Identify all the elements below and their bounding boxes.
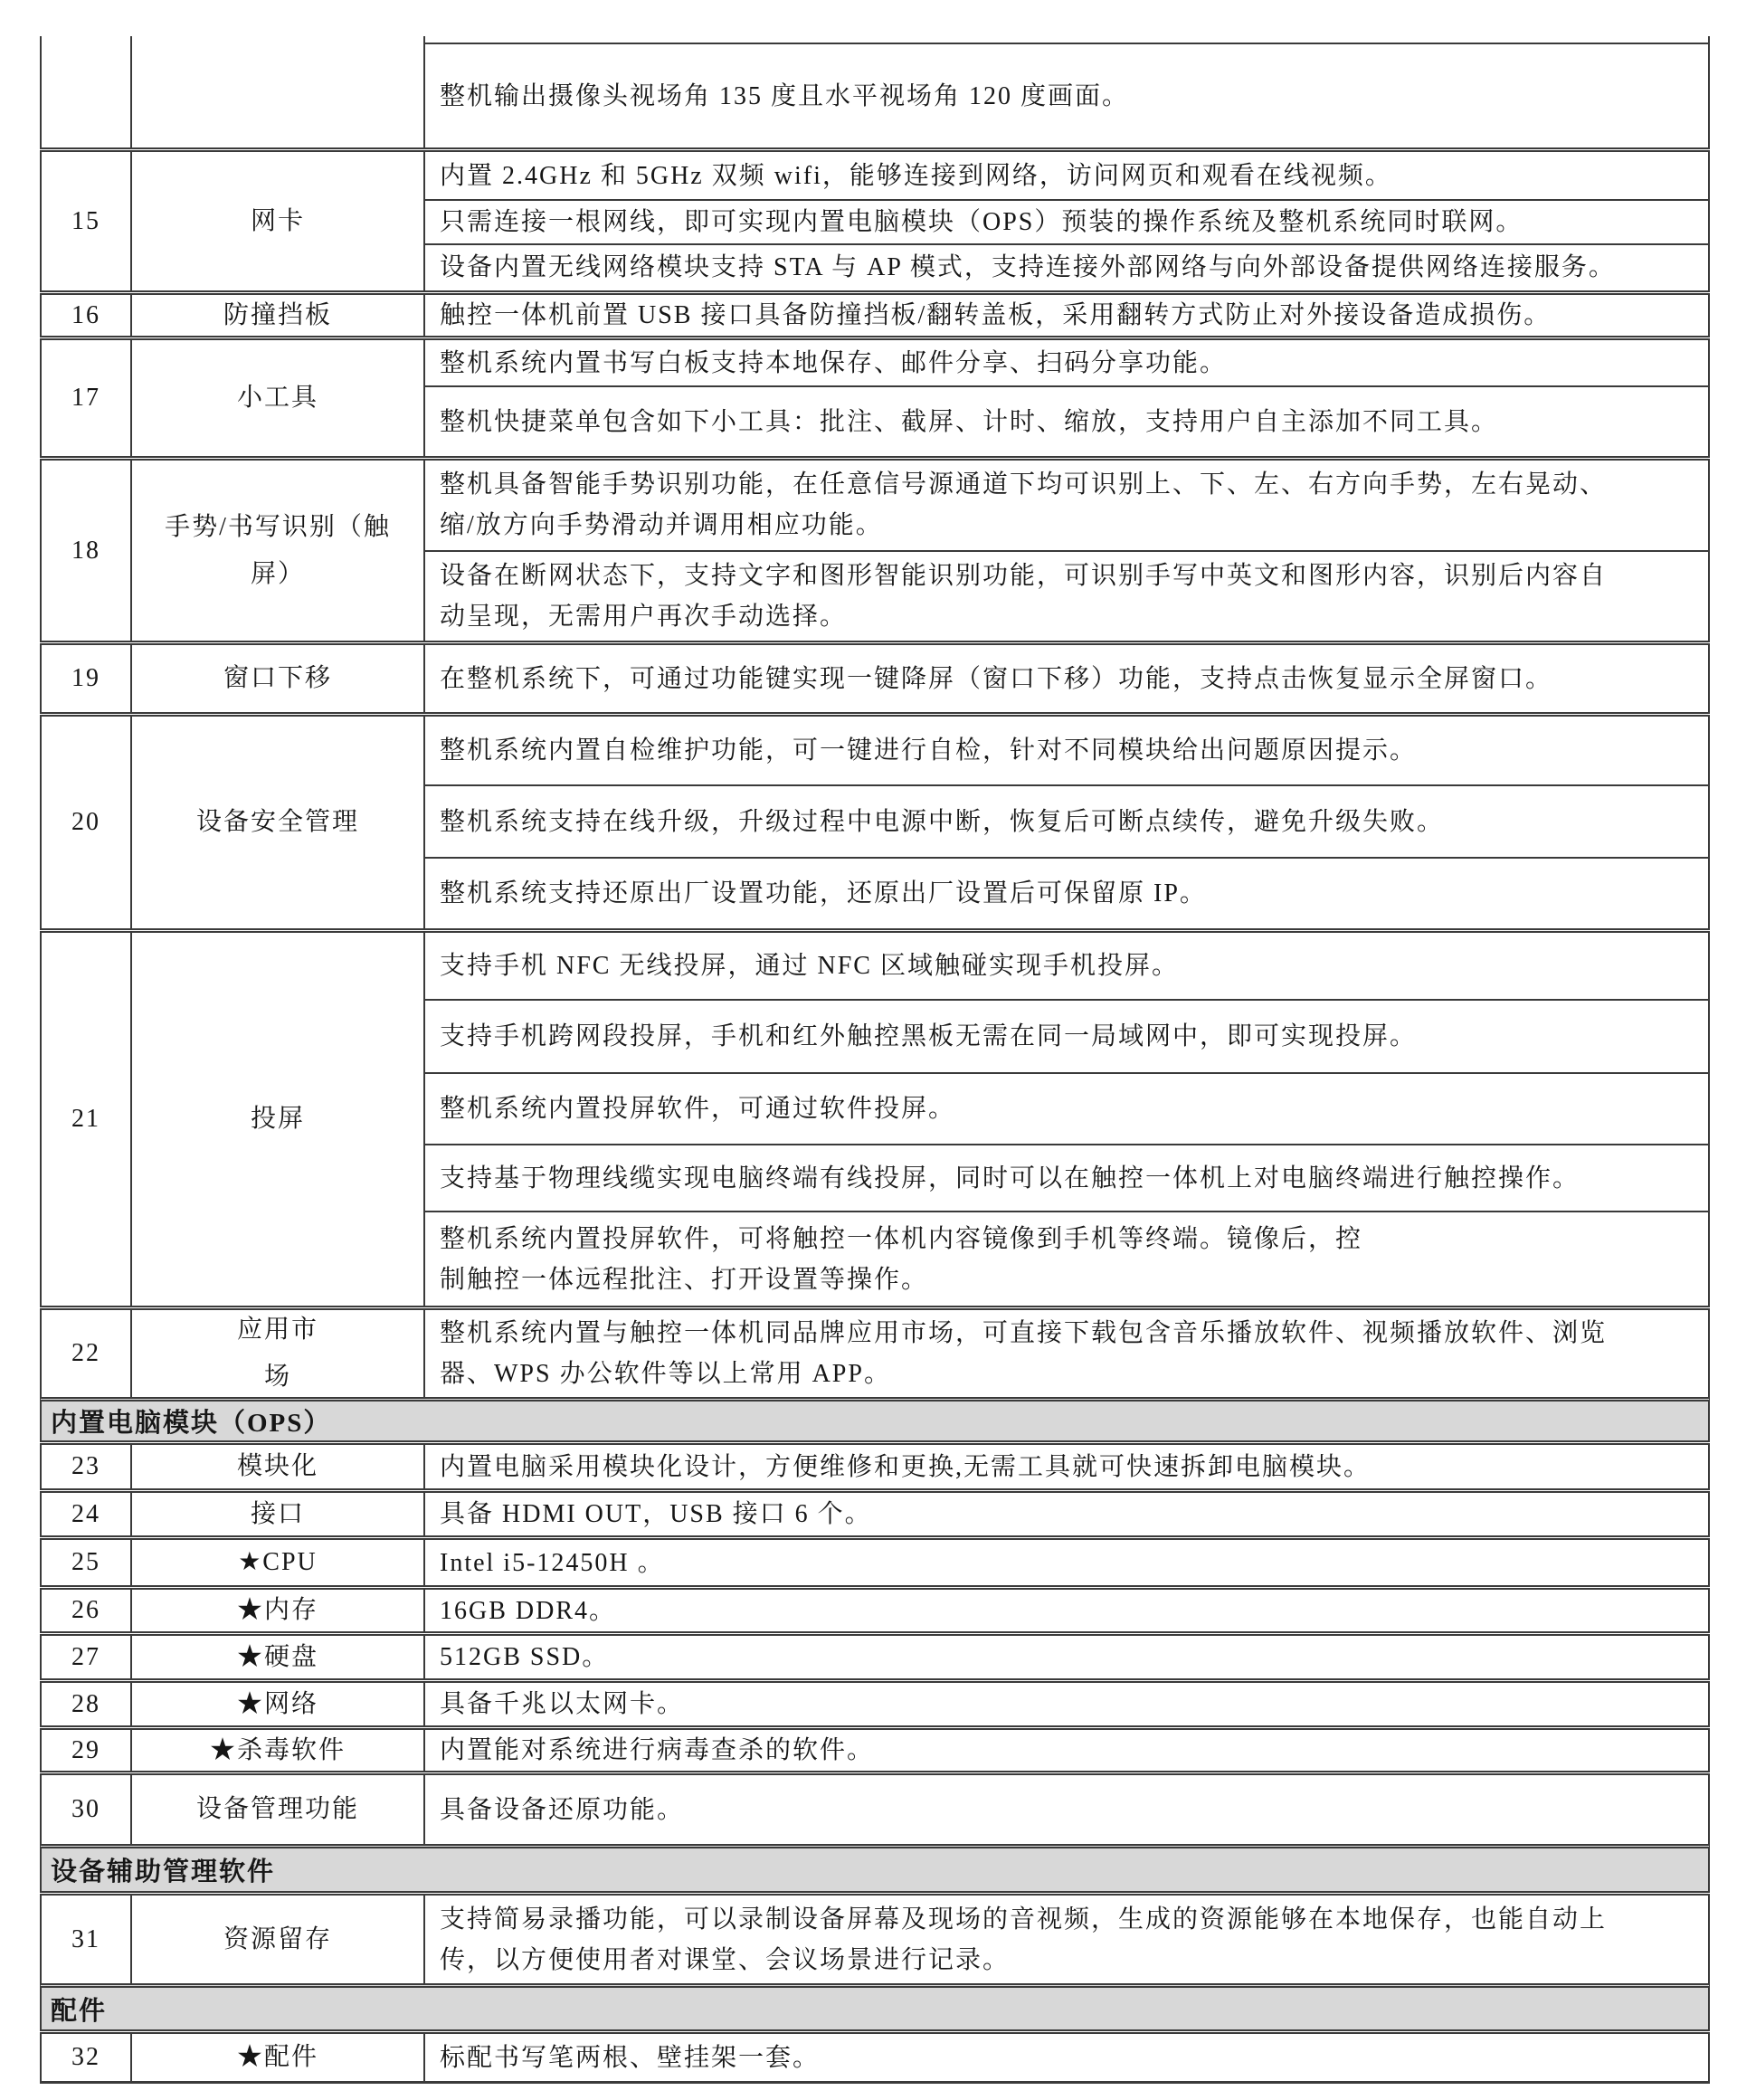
spec-desc-text: 整机快捷菜单包含如下小工具：批注、截屏、计时、缩放，支持用户自主添加不同工具。	[425, 402, 1507, 442]
row-name-cell	[132, 36, 425, 147]
table-row: 30设备管理功能具备设备还原功能。	[40, 1771, 1710, 1844]
spec-sub-row: 支持手机 NFC 无线投屏，通过 NFC 区域触碰实现手机投屏。	[425, 933, 1708, 999]
spec-desc-text: 标配书写笔两根、壁挂架一套。	[425, 2038, 829, 2078]
row-desc-cell: 内置 2.4GHz 和 5GHz 双频 wifi，能够连接到网络，访问网页和观看…	[425, 152, 1710, 290]
row-desc-cell: 支持简易录播功能，可以录制设备屏幕及现场的音视频，生成的资源能够在本地保存，也能…	[425, 1896, 1710, 1983]
spec-desc-text: 整机系统内置投屏软件，可将触控一体机内容镜像到手机等终端。镜像后，控 制触控一体…	[425, 1219, 1372, 1300]
spec-desc-text: 整机输出摄像头视场角 135 度且水平视场角 120 度画面。	[425, 76, 1138, 117]
row-number-cell: 23	[40, 1445, 132, 1488]
row-name-cell: 防撞挡板	[132, 295, 425, 336]
table-row: 24接口具备 HDMI OUT，USB 接口 6 个。	[40, 1488, 1710, 1535]
section-header-label: 配件	[42, 1988, 107, 2029]
section-header-label: 设备辅助管理软件	[42, 1848, 275, 1891]
table-row: 15网卡内置 2.4GHz 和 5GHz 双频 wifi，能够连接到网络，访问网…	[40, 147, 1710, 290]
spec-sub-row: 设备在断网状态下，支持文字和图形智能识别功能，可识别手写中英文和图形内容，识别后…	[425, 550, 1708, 641]
spec-sub-row: 支持手机跨网段投屏，手机和红外触控黑板无需在同一局域网中，即可实现投屏。	[425, 999, 1708, 1072]
row-number-cell: 28	[40, 1683, 132, 1725]
row-number-cell: 22	[40, 1310, 132, 1397]
spec-desc-text: 设备在断网状态下，支持文字和图形智能识别功能，可识别手写中英文和图形内容，识别后…	[425, 556, 1616, 637]
row-desc-cell: 具备 HDMI OUT，USB 接口 6 个。	[425, 1493, 1710, 1535]
row-desc-cell: 触控一体机前置 USB 接口具备防撞挡板/翻转盖板，采用翻转方式防止对外接设备造…	[425, 295, 1710, 336]
spec-sub-row: 整机系统内置与触控一体机同品牌应用市场，可直接下载包含音乐播放软件、视频播放软件…	[425, 1310, 1708, 1397]
row-number-cell: 15	[40, 152, 132, 290]
spec-desc-text: 整机系统内置投屏软件，可通过软件投屏。	[425, 1088, 964, 1129]
table-row: 28★网络具备千兆以太网卡。	[40, 1678, 1710, 1725]
table-row: 整机输出摄像头视场角 135 度且水平视场角 120 度画面。	[40, 36, 1710, 147]
spec-desc-text: 触控一体机前置 USB 接口具备防撞挡板/翻转盖板，采用翻转方式防止对外接设备造…	[425, 295, 1560, 336]
section-header-row: 配件	[40, 1983, 1710, 2029]
table-row: 29★杀毒软件内置能对系统进行病毒查杀的软件。	[40, 1725, 1710, 1771]
table-row: 21投屏支持手机 NFC 无线投屏，通过 NFC 区域触碰实现手机投屏。支持手机…	[40, 928, 1710, 1306]
row-desc-cell: 整机系统内置与触控一体机同品牌应用市场，可直接下载包含音乐播放软件、视频播放软件…	[425, 1310, 1710, 1397]
row-name-cell: 模块化	[132, 1445, 425, 1488]
row-desc-cell: 标配书写笔两根、壁挂架一套。	[425, 2034, 1710, 2081]
spec-desc-text: 在整机系统下，可通过功能键实现一键降屏（窗口下移）功能，支持点击恢复显示全屏窗口…	[425, 659, 1561, 699]
spec-sub-row: 整机具备智能手势识别功能，在任意信号源通道下均可识别上、下、左、右方向手势，左右…	[425, 461, 1708, 550]
table-row: 16防撞挡板触控一体机前置 USB 接口具备防撞挡板/翻转盖板，采用翻转方式防止…	[40, 290, 1710, 336]
spec-desc-text: 具备设备还原功能。	[425, 1790, 693, 1830]
table-row: 25★CPUIntel i5-12450H 。	[40, 1535, 1710, 1585]
row-name-cell: 设备安全管理	[132, 717, 425, 928]
row-number-cell: 20	[40, 717, 132, 928]
spec-desc-text: 只需连接一根网线，即可实现内置电脑模块（OPS）预装的操作系统及整机系统同时联网…	[425, 202, 1532, 242]
spec-desc-text: 整机系统内置与触控一体机同品牌应用市场，可直接下载包含音乐播放软件、视频播放软件…	[425, 1313, 1616, 1394]
row-desc-cell: 具备千兆以太网卡。	[425, 1683, 1710, 1725]
row-name-cell: 应用市 场	[132, 1310, 425, 1397]
table-row: 26★内存16GB DDR4。	[40, 1585, 1710, 1631]
table-row: 31资源留存支持简易录播功能，可以录制设备屏幕及现场的音视频，生成的资源能够在本…	[40, 1891, 1710, 1983]
spec-sub-row: 整机系统内置投屏软件，可通过软件投屏。	[425, 1072, 1708, 1144]
row-number-cell: 25	[40, 1540, 132, 1585]
row-desc-cell: Intel i5-12450H 。	[425, 1540, 1710, 1585]
spec-sub-row: 内置能对系统进行病毒查杀的软件。	[425, 1730, 1708, 1771]
row-name-cell: 投屏	[132, 933, 425, 1306]
section-header-row: 内置电脑模块（OPS）	[40, 1397, 1710, 1440]
row-number-cell: 17	[40, 340, 132, 456]
table-row: 18手势/书写识别（触 屏）整机具备智能手势识别功能，在任意信号源通道下均可识别…	[40, 456, 1710, 641]
spec-sub-row: 触控一体机前置 USB 接口具备防撞挡板/翻转盖板，采用翻转方式防止对外接设备造…	[425, 295, 1708, 336]
table-row: 23模块化内置电脑采用模块化设计，方便维修和更换,无需工具就可快速拆卸电脑模块。	[40, 1440, 1710, 1488]
spec-desc-text: 内置能对系统进行病毒查杀的软件。	[425, 1730, 883, 1771]
row-name-cell: ★内存	[132, 1590, 425, 1631]
row-number-cell: 27	[40, 1636, 132, 1678]
spec-desc-text: 支持简易录播功能，可以录制设备屏幕及现场的音视频，生成的资源能够在本地保存，也能…	[425, 1899, 1616, 1981]
row-number-cell: 29	[40, 1730, 132, 1771]
table-row: 19窗口下移在整机系统下，可通过功能键实现一键降屏（窗口下移）功能，支持点击恢复…	[40, 641, 1710, 712]
spec-sub-row: 整机系统支持在线升级，升级过程中电源中断，恢复后可断点续传，避免升级失败。	[425, 784, 1708, 856]
row-name-cell: ★杀毒软件	[132, 1730, 425, 1771]
table-row: 20设备安全管理整机系统内置自检维护功能，可一键进行自检，针对不同模块给出问题原…	[40, 712, 1710, 928]
spec-desc-text: 整机系统内置自检维护功能，可一键进行自检，针对不同模块给出问题原因提示。	[425, 730, 1426, 771]
row-name-cell: ★硬盘	[132, 1636, 425, 1678]
row-desc-cell: 在整机系统下，可通过功能键实现一键降屏（窗口下移）功能，支持点击恢复显示全屏窗口…	[425, 645, 1710, 712]
table-row: 17小工具整机系统内置书写白板支持本地保存、邮件分享、扫码分享功能。整机快捷菜单…	[40, 336, 1710, 456]
spec-sub-row: 整机系统内置投屏软件，可将触控一体机内容镜像到手机等终端。镜像后，控 制触控一体…	[425, 1211, 1708, 1306]
row-name-cell: 资源留存	[132, 1896, 425, 1983]
row-desc-cell: 整机输出摄像头视场角 135 度且水平视场角 120 度画面。	[425, 36, 1710, 147]
spec-sub-row: 整机快捷菜单包含如下小工具：批注、截屏、计时、缩放，支持用户自主添加不同工具。	[425, 385, 1708, 456]
row-name-cell: 接口	[132, 1493, 425, 1535]
row-desc-cell: 具备设备还原功能。	[425, 1775, 1710, 1844]
spec-sub-row: 具备设备还原功能。	[425, 1775, 1708, 1844]
row-number-cell: 21	[40, 933, 132, 1306]
spec-sub-row: 标配书写笔两根、壁挂架一套。	[425, 2034, 1708, 2081]
row-name-cell: ★网络	[132, 1683, 425, 1725]
row-desc-cell: 16GB DDR4。	[425, 1590, 1710, 1631]
row-number-cell: 31	[40, 1896, 132, 1983]
row-name-cell: 网卡	[132, 152, 425, 290]
row-number-cell: 16	[40, 295, 132, 336]
spec-sub-row: 具备 HDMI OUT，USB 接口 6 个。	[425, 1493, 1708, 1535]
spec-sub-row: 整机系统支持还原出厂设置功能，还原出厂设置后可保留原 IP。	[425, 857, 1708, 928]
spec-sub-row: 16GB DDR4。	[425, 1590, 1708, 1631]
row-name-cell: 手势/书写识别（触 屏）	[132, 461, 425, 641]
spec-sub-row: 只需连接一根网线，即可实现内置电脑模块（OPS）预装的操作系统及整机系统同时联网…	[425, 199, 1708, 242]
spec-sub-row: 具备千兆以太网卡。	[425, 1683, 1708, 1725]
spec-sub-row: 支持简易录播功能，可以录制设备屏幕及现场的音视频，生成的资源能够在本地保存，也能…	[425, 1896, 1708, 1983]
row-desc-cell: 整机具备智能手势识别功能，在任意信号源通道下均可识别上、下、左、右方向手势，左右…	[425, 461, 1710, 641]
row-name-cell: ★配件	[132, 2034, 425, 2081]
row-desc-cell: 支持手机 NFC 无线投屏，通过 NFC 区域触碰实现手机投屏。支持手机跨网段投…	[425, 933, 1710, 1306]
row-desc-cell: 整机系统内置书写白板支持本地保存、邮件分享、扫码分享功能。整机快捷菜单包含如下小…	[425, 340, 1710, 456]
row-name-cell: 设备管理功能	[132, 1775, 425, 1844]
row-name-cell: ★CPU	[132, 1540, 425, 1585]
spec-desc-text: 整机系统支持还原出厂设置功能，还原出厂设置后可保留原 IP。	[425, 873, 1216, 914]
spec-sub-row: 内置电脑采用模块化设计，方便维修和更换,无需工具就可快速拆卸电脑模块。	[425, 1445, 1708, 1488]
table-row: 27★硬盘512GB SSD。	[40, 1631, 1710, 1678]
spec-desc-text: 整机具备智能手势识别功能，在任意信号源通道下均可识别上、下、左、右方向手势，左右…	[425, 464, 1616, 546]
table-row: 32★配件标配书写笔两根、壁挂架一套。	[40, 2029, 1710, 2081]
spec-desc-text: 512GB SSD。	[425, 1637, 618, 1677]
row-number-cell: 30	[40, 1775, 132, 1844]
row-number-cell	[40, 36, 132, 147]
spec-desc-text: 支持手机跨网段投屏，手机和红外触控黑板无需在同一局域网中，即可实现投屏。	[425, 1016, 1426, 1057]
spec-desc-text: 内置 2.4GHz 和 5GHz 双频 wifi，能够连接到网络，访问网页和观看…	[425, 156, 1401, 196]
spec-sub-row: Intel i5-12450H 。	[425, 1540, 1708, 1585]
row-number-cell: 24	[40, 1493, 132, 1535]
section-header-label: 内置电脑模块（OPS）	[42, 1402, 331, 1440]
spec-sub-row: 整机系统内置自检维护功能，可一键进行自检，针对不同模块给出问题原因提示。	[425, 717, 1708, 784]
spec-sub-row: 整机输出摄像头视场角 135 度且水平视场角 120 度画面。	[425, 43, 1708, 147]
spec-desc-text: 具备 HDMI OUT，USB 接口 6 个。	[425, 1494, 881, 1535]
row-number-cell: 18	[40, 461, 132, 641]
row-number-cell: 19	[40, 645, 132, 712]
row-name-cell: 窗口下移	[132, 645, 425, 712]
section-header-row: 设备辅助管理软件	[40, 1844, 1710, 1891]
spec-desc-text: 支持基于物理线缆实现电脑终端有线投屏，同时可以在触控一体机上对电脑终端进行触控操…	[425, 1158, 1589, 1199]
row-desc-cell: 512GB SSD。	[425, 1636, 1710, 1678]
row-desc-cell: 内置能对系统进行病毒查杀的软件。	[425, 1730, 1710, 1771]
spec-desc-text: 内置电脑采用模块化设计，方便维修和更换,无需工具就可快速拆卸电脑模块。	[425, 1447, 1380, 1487]
spec-desc-text: 设备内置无线网络模块支持 STA 与 AP 模式，支持连接外部网络与向外部设备提…	[425, 247, 1625, 288]
table-row: 22应用市 场整机系统内置与触控一体机同品牌应用市场，可直接下载包含音乐播放软件…	[40, 1306, 1710, 1397]
spec-sub-row: 在整机系统下，可通过功能键实现一键降屏（窗口下移）功能，支持点击恢复显示全屏窗口…	[425, 645, 1708, 712]
spec-desc-text: 整机系统内置书写白板支持本地保存、邮件分享、扫码分享功能。	[425, 343, 1236, 384]
row-number-cell: 32	[40, 2034, 132, 2081]
spec-sub-row: 512GB SSD。	[425, 1636, 1708, 1678]
spec-sub-row: 内置 2.4GHz 和 5GHz 双频 wifi，能够连接到网络，访问网页和观看…	[425, 152, 1708, 199]
spec-desc-text: 整机系统支持在线升级，升级过程中电源中断，恢复后可断点续传，避免升级失败。	[425, 802, 1453, 842]
spec-table: 整机输出摄像头视场角 135 度且水平视场角 120 度画面。15网卡内置 2.…	[40, 36, 1710, 2084]
row-number-cell: 26	[40, 1590, 132, 1631]
spec-desc-text: 支持手机 NFC 无线投屏，通过 NFC 区域触碰实现手机投屏。	[425, 945, 1188, 986]
spec-desc-text: 16GB DDR4。	[425, 1591, 625, 1631]
spec-sub-row: 整机系统内置书写白板支持本地保存、邮件分享、扫码分享功能。	[425, 340, 1708, 385]
spec-sub-row: 设备内置无线网络模块支持 STA 与 AP 模式，支持连接外部网络与向外部设备提…	[425, 243, 1708, 290]
row-name-cell: 小工具	[132, 340, 425, 456]
spec-desc-text: 具备千兆以太网卡。	[425, 1684, 693, 1725]
spec-desc-text: Intel i5-12450H 。	[425, 1543, 674, 1583]
spec-sub-row: 支持基于物理线缆实现电脑终端有线投屏，同时可以在触控一体机上对电脑终端进行触控操…	[425, 1144, 1708, 1211]
row-desc-cell: 整机系统内置自检维护功能，可一键进行自检，针对不同模块给出问题原因提示。整机系统…	[425, 717, 1710, 928]
row-desc-cell: 内置电脑采用模块化设计，方便维修和更换,无需工具就可快速拆卸电脑模块。	[425, 1445, 1710, 1488]
